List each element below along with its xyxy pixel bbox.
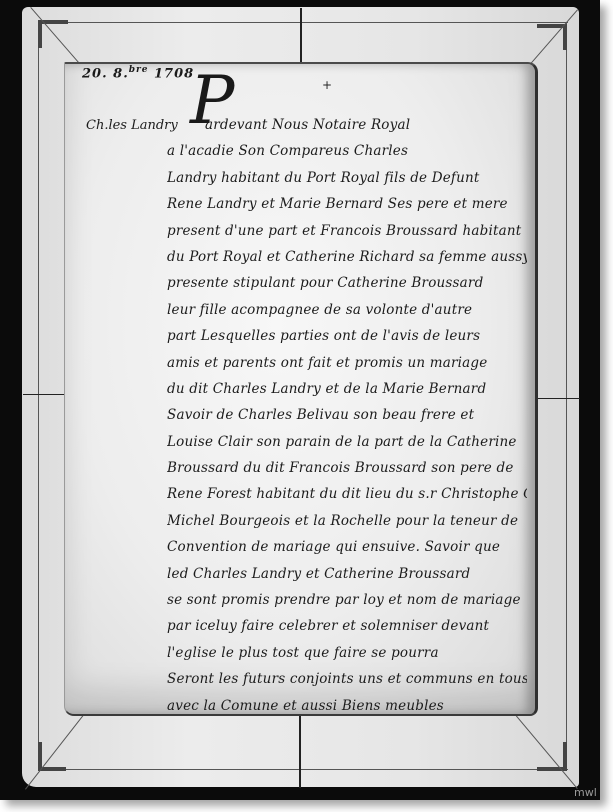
text-line: Michel Bourgeois et la Rochelle pour la … — [167, 508, 527, 534]
mat-guide-right — [566, 22, 567, 770]
text-line: par iceluy faire celebrer et solemniser … — [167, 613, 527, 639]
text-line: du dit Charles Landry et de la Marie Ber… — [167, 376, 527, 402]
center-guide-vertical-bottom — [299, 712, 301, 788]
text-line: Savoir de Charles Belivau son beau frere… — [167, 402, 527, 428]
manuscript-body: ardevant Nous Notaire Royal a l'acadie S… — [167, 112, 527, 719]
text-line: a l'acadie Son Compareus Charles — [167, 138, 527, 164]
text-line: Broussard du dit Francois Broussard son … — [167, 455, 527, 481]
text-line: amis et parents ont fait et promis un ma… — [167, 350, 527, 376]
text-line: Rene Forest habitant du dit lieu du s.r … — [167, 481, 527, 507]
text-line: Louise Clair son parain de la part de la… — [167, 429, 527, 455]
text-line: se sont promis prendre par loy et nom de… — [167, 587, 527, 613]
center-guide-vertical-top — [300, 8, 302, 64]
date-superscript: bre — [129, 65, 149, 75]
margin-note: Ch.les Landry — [86, 118, 178, 133]
text-line: present d'une part et Francois Broussard… — [167, 218, 527, 244]
text-line: leur fille acompagnee de sa volonte d'au… — [167, 297, 527, 323]
text-line: presente stipulant pour Catherine Brouss… — [167, 270, 527, 296]
watermark: mwl — [574, 786, 597, 799]
mat-guide-bottom — [38, 769, 568, 770]
crop-mark-bottom-right-v — [563, 742, 567, 770]
crop-mark-top-right-v — [563, 24, 567, 50]
date-day-month: 20. 8. — [82, 66, 129, 81]
document-date: 20. 8.bre 1708 — [82, 65, 194, 81]
text-line: du Port Royal et Catherine Richard sa fe… — [167, 244, 527, 270]
text-line: part Lesquelles parties ont de l'avis de… — [167, 323, 527, 349]
text-line: Convention de mariage qui ensuive. Savoi… — [167, 534, 527, 560]
center-guide-horizontal-left — [23, 394, 69, 395]
text-line: Rene Landry et Marie Bernard Ses pere et… — [167, 191, 527, 217]
scanned-image-frame: 20. 8.bre 1708 + Ch.les Landry P ardevan… — [0, 0, 600, 800]
text-line: l'eglise le plus tost que faire se pourr… — [167, 640, 527, 666]
text-line: avec la Comune et aussi Biens meubles — [167, 693, 527, 719]
text-line: Landry habitant du Port Royal fils de De… — [167, 165, 527, 191]
mat-guide-top — [38, 22, 568, 23]
text-line: Seront les futurs conjoints uns et commu… — [167, 666, 527, 692]
date-year: 1708 — [154, 66, 194, 81]
mat-guide-left — [38, 22, 39, 770]
text-line: ardevant Nous Notaire Royal — [167, 112, 527, 138]
text-line: led Charles Landry et Catherine Broussar… — [167, 561, 527, 587]
cross-mark: + — [322, 78, 332, 92]
crop-mark-top-left-v — [38, 20, 42, 48]
